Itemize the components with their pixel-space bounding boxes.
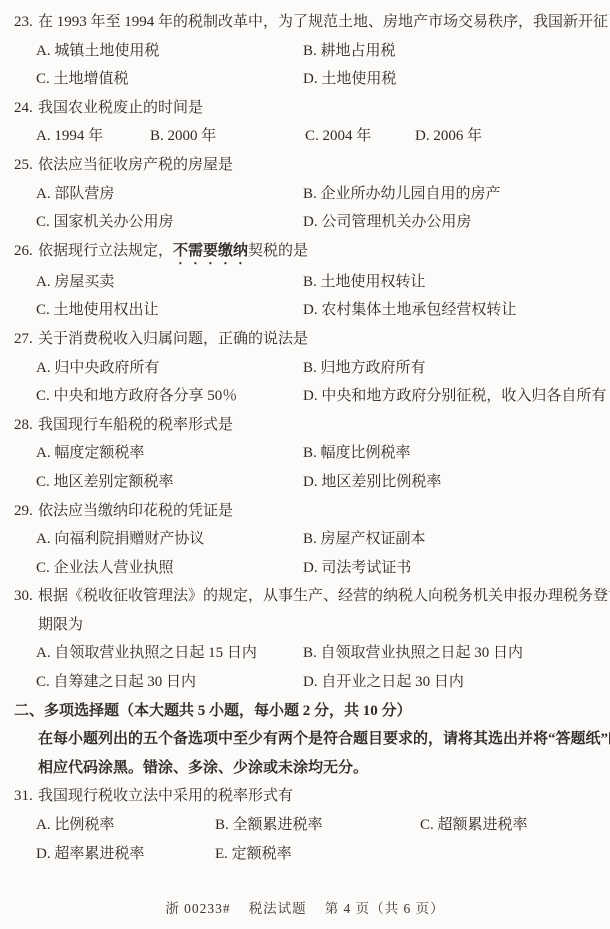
question-number: 29.: [14, 497, 38, 526]
option-d: D. 公司管理机关办公用房: [303, 208, 602, 237]
question-30: 30.根据《税收征收管理法》的规定，从事生产、经营的纳税人向税务机关申报办理税务…: [14, 582, 602, 696]
options-row: C. 企业法人营业执照 D. 司法考试证书: [14, 554, 602, 583]
option-b: B. 2000 年: [150, 122, 305, 151]
option-a: A. 比例税率: [36, 811, 215, 840]
question-stem-continued: 期限为: [14, 611, 602, 640]
options-row: A. 自领取营业执照之日起 15 日内 B. 自领取营业执照之日起 30 日内: [14, 639, 602, 668]
options-row: C. 自筹建之日起 30 日内 D. 自开业之日起 30 日内: [14, 668, 602, 697]
question-number: 31.: [14, 782, 38, 811]
question-stem-text: 依法应当缴纳印花税的凭证是: [38, 503, 233, 519]
option-c: C. 地区差别定额税率: [36, 468, 303, 497]
option-b: B. 房屋产权证副本: [303, 525, 602, 554]
option-a: A. 城镇土地使用税: [36, 37, 303, 66]
question-29: 29.依法应当缴纳印花税的凭证是 A. 向福利院捐赠财产协议 B. 房屋产权证副…: [14, 497, 602, 583]
options-row: A. 部队营房 B. 企业所办幼儿园自用的房产: [14, 180, 602, 209]
option-b: B. 企业所办幼儿园自用的房产: [303, 180, 602, 209]
question-31: 31.我国现行税收立法中采用的税率形式有 A. 比例税率 B. 全额累进税率 C…: [14, 782, 602, 868]
option-d: D. 农村集体土地承包经营权转让: [303, 296, 602, 325]
options-row: C. 中央和地方政府各分享 50％ D. 中央和地方政府分别征税，收入归各自所有: [14, 382, 602, 411]
options-row: C. 地区差别定额税率 D. 地区差别比例税率: [14, 468, 602, 497]
option-a: A. 归中央政府所有: [36, 354, 303, 383]
options-row: A. 比例税率 B. 全额累进税率 C. 超额累进税率: [14, 811, 602, 840]
question-stem: 29.依法应当缴纳印花税的凭证是: [14, 497, 602, 526]
question-stem-text: 依据现行立法规定，: [38, 243, 173, 259]
options-row: A. 幅度定额税率 B. 幅度比例税率: [14, 439, 602, 468]
option-c: C. 土地使用权出让: [36, 296, 303, 325]
question-stem-text: 我国现行税收立法中采用的税率形式有: [38, 788, 293, 804]
question-24: 24.我国农业税废止的时间是 A. 1994 年 B. 2000 年 C. 20…: [14, 94, 602, 151]
option-a: A. 1994 年: [36, 122, 150, 151]
question-stem-text: 根据《税收征收管理法》的规定，从事生产、经营的纳税人向税务机关申报办理税务登记的: [38, 588, 610, 604]
question-stem-text: 关于消费税收入归属问题，正确的说法是: [38, 331, 308, 347]
question-stem: 23.在 1993 年至 1994 年的税制改革中，为了规范土地、房地产市场交易…: [14, 8, 602, 37]
option-c: C. 土地增值税: [36, 65, 303, 94]
option-a: A. 自领取营业执照之日起 15 日内: [36, 639, 303, 668]
exam-code: 浙 00233#: [165, 901, 230, 916]
options-row: A. 城镇土地使用税 B. 耕地占用税: [14, 37, 602, 66]
question-number: 28.: [14, 411, 38, 440]
question-stem-text: 我国现行车船税的税率形式是: [38, 417, 233, 433]
option-d: D. 中央和地方政府分别征税，收入归各自所有: [303, 382, 606, 411]
option-c: C. 中央和地方政府各分享 50％: [36, 382, 303, 411]
option-c: C. 企业法人营业执照: [36, 554, 303, 583]
question-25: 25.依法应当征收房产税的房屋是 A. 部队营房 B. 企业所办幼儿园自用的房产…: [14, 151, 602, 237]
question-number: 27.: [14, 325, 38, 354]
option-d: D. 超率累进税率: [36, 840, 215, 869]
option-b: B. 自领取营业执照之日起 30 日内: [303, 639, 602, 668]
question-stem-text: 在 1993 年至 1994 年的税制改革中，为了规范土地、房地产市场交易秩序，…: [38, 14, 610, 30]
question-stem-emphasis: 不需要缴纳: [173, 243, 248, 259]
question-stem-text: 契税的是: [248, 243, 308, 259]
option-c: C. 2004 年: [305, 122, 415, 151]
question-stem: 26.依据现行立法规定，不需要缴纳契税的是: [14, 237, 602, 268]
question-number: 25.: [14, 151, 38, 180]
option-c: C. 自筹建之日起 30 日内: [36, 668, 303, 697]
question-stem: 27.关于消费税收入归属问题，正确的说法是: [14, 325, 602, 354]
options-row: C. 土地增值税 D. 土地使用税: [14, 65, 602, 94]
option-b: B. 耕地占用税: [303, 37, 602, 66]
exam-title: 税法试题: [249, 901, 307, 916]
section-2: 二、多项选择题（本大题共 5 小题，每小题 2 分，共 10 分） 在每小题列出…: [14, 697, 602, 783]
option-b: B. 全额累进税率: [215, 811, 420, 840]
question-stem: 25.依法应当征收房产税的房屋是: [14, 151, 602, 180]
options-row: A. 归中央政府所有 B. 归地方政府所有: [14, 354, 602, 383]
options-row: C. 国家机关办公用房 D. 公司管理机关办公用房: [14, 208, 602, 237]
page-footer: 浙 00233#税法试题第 4 页（共 6 页）: [0, 897, 610, 917]
option-c: C. 国家机关办公用房: [36, 208, 303, 237]
exam-paper-page: 23.在 1993 年至 1994 年的税制改革中，为了规范土地、房地产市场交易…: [0, 0, 610, 929]
question-28: 28.我国现行车船税的税率形式是 A. 幅度定额税率 B. 幅度比例税率 C. …: [14, 411, 602, 497]
section-instructions-line-1: 在每小题列出的五个备选项中至少有两个是符合题目要求的，请将其选出并将“答题纸”的: [14, 725, 602, 754]
options-row: D. 超率累进税率 E. 定额税率: [14, 840, 602, 869]
option-d: D. 地区差别比例税率: [303, 468, 602, 497]
question-26: 26.依据现行立法规定，不需要缴纳契税的是 A. 房屋买卖 B. 土地使用权转让…: [14, 237, 602, 325]
option-c: C. 超额累进税率: [420, 811, 602, 840]
option-a: A. 部队营房: [36, 180, 303, 209]
option-a: A. 向福利院捐赠财产协议: [36, 525, 303, 554]
question-27: 27.关于消费税收入归属问题，正确的说法是 A. 归中央政府所有 B. 归地方政…: [14, 325, 602, 411]
option-d: D. 自开业之日起 30 日内: [303, 668, 602, 697]
section-instructions-line-2: 相应代码涂黑。错涂、多涂、少涂或未涂均无分。: [14, 754, 602, 783]
option-b: B. 归地方政府所有: [303, 354, 602, 383]
question-stem-text: 我国农业税废止的时间是: [38, 100, 203, 116]
question-stem-text: 依法应当征收房产税的房屋是: [38, 157, 233, 173]
option-e: E. 定额税率: [215, 840, 602, 869]
question-number: 23.: [14, 8, 38, 37]
section-title: 二、多项选择题（本大题共 5 小题，每小题 2 分，共 10 分）: [14, 697, 602, 726]
question-23: 23.在 1993 年至 1994 年的税制改革中，为了规范土地、房地产市场交易…: [14, 8, 602, 94]
option-d: D. 土地使用税: [303, 65, 602, 94]
option-b: B. 幅度比例税率: [303, 439, 602, 468]
question-number: 24.: [14, 94, 38, 123]
options-row: A. 1994 年 B. 2000 年 C. 2004 年 D. 2006 年: [14, 122, 602, 151]
options-row: A. 房屋买卖 B. 土地使用权转让: [14, 268, 602, 297]
options-row: C. 土地使用权出让 D. 农村集体土地承包经营权转让: [14, 296, 602, 325]
options-row: A. 向福利院捐赠财产协议 B. 房屋产权证副本: [14, 525, 602, 554]
option-d: D. 司法考试证书: [303, 554, 602, 583]
question-number: 26.: [14, 237, 38, 266]
question-number: 30.: [14, 582, 38, 611]
option-d: D. 2006 年: [415, 122, 602, 151]
question-stem: 24.我国农业税废止的时间是: [14, 94, 602, 123]
option-a: A. 房屋买卖: [36, 268, 303, 297]
option-b: B. 土地使用权转让: [303, 268, 602, 297]
question-stem: 28.我国现行车船税的税率形式是: [14, 411, 602, 440]
page-indicator: 第 4 页（共 6 页）: [325, 901, 445, 916]
option-a: A. 幅度定额税率: [36, 439, 303, 468]
question-stem: 30.根据《税收征收管理法》的规定，从事生产、经营的纳税人向税务机关申报办理税务…: [14, 582, 602, 611]
question-stem: 31.我国现行税收立法中采用的税率形式有: [14, 782, 602, 811]
